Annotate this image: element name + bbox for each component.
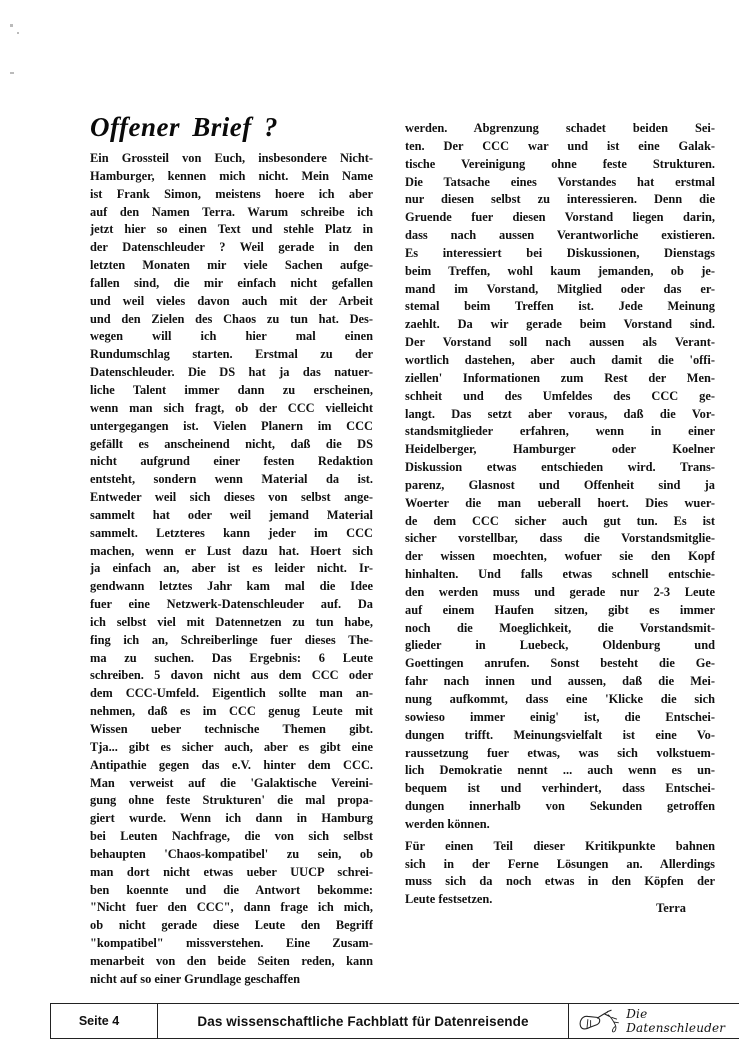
text-line: fing ich an, Schreiberlinge fuer dieses … [90, 632, 373, 650]
article-paragraph: Für einen Teil dieser Kritikpunkte bahne… [405, 838, 715, 909]
text-line: "kompatibel" missverstehen. Eine Zusam- [90, 935, 373, 953]
text-line: untergegangen ist. Vielen Planern im CCC [90, 418, 373, 436]
text-line: machen, wenn er Lust dazu hat. Hoert sic… [90, 543, 373, 561]
text-line: glieder in Luebeck, Oldenburg und [405, 637, 715, 655]
text-line: werden können. [405, 816, 715, 834]
article-paragraph: Ein Grossteil von Euch, insbesondere Nic… [90, 150, 373, 989]
text-line: jetzt hier so einen Text und stehle Plat… [90, 221, 373, 239]
text-line: werden. Abgrenzung schadet beiden Sei- [405, 120, 715, 138]
text-line: bei Leuten Nachfrage, die von sich selbs… [90, 828, 373, 846]
text-line: der Datenschleuder ? Weil gerade in den [90, 239, 373, 257]
scan-speck [10, 24, 13, 27]
text-line: Heidelberger, Hamburger oder Koelner [405, 441, 715, 459]
text-line: und weil vieles davon auch mit der Arbei… [90, 293, 373, 311]
text-line: wegen will ich hier mal einen [90, 328, 373, 346]
text-line: standsmitglieder erfahren, wenn in einer [405, 423, 715, 441]
text-line: behaupten 'Chaos-kompatibel' zu sein, ob [90, 846, 373, 864]
text-line: Ein Grossteil von Euch, insbesondere Nic… [90, 150, 373, 168]
text-line: man dort nicht etwas ueber UUCP schrei- [90, 864, 373, 882]
text-line: ist Frank Simon, meistens hoere ich aber [90, 186, 373, 204]
text-line: Wissen ueber technische Themen gibt. [90, 721, 373, 739]
text-line: nur diesen selbst zu interessieren. Denn… [405, 191, 715, 209]
text-line: lich Demokratie nennt ... auch wenn es u… [405, 762, 715, 780]
text-line: der wissen moechten, wofuer sie den Kopf [405, 548, 715, 566]
text-line: parenz, Glasnost und Offenheit sind ja [405, 477, 715, 495]
document-page: Offener Brief ? Ein Grossteil von Euch, … [0, 0, 739, 1055]
text-line: langt. Das setzt aber voraus, daß die Vo… [405, 406, 715, 424]
text-line: menarbeit von den beide Seiten reden, ka… [90, 953, 373, 971]
text-line: Goettingen anrufen. Sonst besteht die Ge… [405, 655, 715, 673]
logo-wordmark: Die Datenschleuder [626, 1007, 739, 1035]
text-line: hinhalten. Und falls etwas schnell entsc… [405, 566, 715, 584]
text-line: schreiben. 5 davon nicht aus dem CCC ode… [90, 667, 373, 685]
text-line: ob nicht gerade diese Leute den Begriff [90, 917, 373, 935]
page-footer: Seite 4 Das wissenschaftliche Fachblatt … [50, 1003, 739, 1039]
text-line: sicher vorstellbar, dass die Vorstandsmi… [405, 530, 715, 548]
text-line: beim Treffen, wohl kaum jemanden, ob je- [405, 263, 715, 281]
text-line: fallen sind, die mir einfach nicht gefal… [90, 275, 373, 293]
text-line: ten. Der CCC war und ist eine Galak- [405, 138, 715, 156]
text-line: fahr nach innen und aussen, daß die Mei- [405, 673, 715, 691]
text-line: Die Tatsache eines Vorstandes hat erstma… [405, 174, 715, 192]
text-line: Entweder weil sich dieses von selbst ang… [90, 489, 373, 507]
text-line: "Nicht fuer den CCC", dann frage ich mic… [90, 899, 373, 917]
text-line: nicht auf so einer Grundlage geschaffen [90, 971, 373, 989]
text-line: dass nach aussen Verantworliche existier… [405, 227, 715, 245]
text-line: Rundumschlag starten. Erstmal zu der [90, 346, 373, 364]
text-line: noch die Moeglichkeit, die Vorstandsmit- [405, 620, 715, 638]
text-line: letzten Monaten mir viele Sachen aufge- [90, 257, 373, 275]
text-line: gendwann letztes Jahr kam mal die Idee [90, 578, 373, 596]
text-line: fuer eine Netzwerk-Datenschleuder auf. D… [90, 596, 373, 614]
text-line: entsteht, sondern wenn Material da ist. [90, 471, 373, 489]
text-line: raussetzung fuer etwas, was sich volkstu… [405, 745, 715, 763]
text-line: wortlich dastehen, aber auch damit die '… [405, 352, 715, 370]
text-line: nehmen, daß es im CCC genug Leute mit [90, 703, 373, 721]
text-line: nung aufkommt, dass eine 'Klicke die sic… [405, 691, 715, 709]
text-line: und den Zielen des Chaos zu tun hat. Des… [90, 311, 373, 329]
text-line: Tja... gibt es sicher auch, aber es gibt… [90, 739, 373, 757]
text-line: giert wurde. Wenn ich dann in Hamburg [90, 810, 373, 828]
publication-logo: Die Datenschleuder [569, 1004, 739, 1038]
text-line: auf einem Haufen sitzen, gibt es immer [405, 602, 715, 620]
text-line: dungen trifft. Meinungsvielfalt ist eine… [405, 727, 715, 745]
text-line: zaehlt. Da wir gerade beim Vorstand sind… [405, 316, 715, 334]
text-line: mand im Vorstand, Mitglied oder das er- [405, 281, 715, 299]
text-line: sammelt. Letzteres kann jeder im CCC [90, 525, 373, 543]
text-line: liche Talent immer dann zu erscheinen, [90, 382, 373, 400]
page-number: Seite 4 [51, 1004, 158, 1038]
scan-speck [17, 32, 19, 34]
text-line: dem CCC-Umfeld. Eigentlich sollte man an… [90, 685, 373, 703]
text-line: ich selbst viel mit Datennetzen zu tun h… [90, 614, 373, 632]
text-line: ziellen' Informationen zum Rest der Men- [405, 370, 715, 388]
text-line: Es interessiert bei Diskussionen, Dienst… [405, 245, 715, 263]
footer-tagline: Das wissenschaftliche Fachblatt für Date… [158, 1004, 569, 1038]
article-column-right: werden. Abgrenzung schadet beiden Sei-te… [405, 120, 715, 909]
article-column-left: Ein Grossteil von Euch, insbesondere Nic… [90, 150, 373, 989]
text-line: Für einen Teil dieser Kritikpunkte bahne… [405, 838, 715, 856]
text-line: Der Vorstand soll nach aussen als Verant… [405, 334, 715, 352]
article-paragraph: werden. Abgrenzung schadet beiden Sei-te… [405, 120, 715, 834]
text-line: nicht aufgrund einer festen Redaktion [90, 453, 373, 471]
scan-speck [10, 72, 14, 74]
text-line: stemal beim Treffen ist. Jede Meinung [405, 298, 715, 316]
scan-artifacts [8, 24, 28, 84]
text-line: muss sich da noch etwas in den Köpfen de… [405, 873, 715, 891]
text-line: sammelt hat oder weil jemand Material [90, 507, 373, 525]
text-line: Datenschleuder. Die DS hat ja das natuer… [90, 364, 373, 382]
text-line: wenn man sich fragt, ob der CCC vielleic… [90, 400, 373, 418]
text-line: gung ohne feste Strukturen' die mal prop… [90, 792, 373, 810]
author-signature: Terra [405, 901, 686, 916]
text-line: ma zu suchen. Das Ergebnis: 6 Leute [90, 650, 373, 668]
text-line: ben koennte und die Antwort bekomme: [90, 882, 373, 900]
text-line: Hamburger, kennen mich nicht. Mein Name [90, 168, 373, 186]
text-line: de dem CCC sicher auch gut tun. Es ist [405, 513, 715, 531]
text-line: bequem ist und verhindert, dass Entschei… [405, 780, 715, 798]
text-line: Woerter die man ueberall hoert. Dies wue… [405, 495, 715, 513]
text-line: Diskussion etwas entschieden wird. Trans… [405, 459, 715, 477]
text-line: schheit und des Umfeldes des CCC ge- [405, 388, 715, 406]
text-line: gefällt es anscheinend nicht, daß die DS [90, 436, 373, 454]
text-line: sich in der Ferne Lösungen an. Allerding… [405, 856, 715, 874]
hand-plug-icon [577, 1007, 624, 1035]
article-title: Offener Brief ? [90, 112, 278, 143]
text-line: dungen innerhalb von Sekunden getroffen [405, 798, 715, 816]
text-line: tische Vereinigung ohne feste Strukturen… [405, 156, 715, 174]
text-line: sowieso immer einig' ist, die Entschei- [405, 709, 715, 727]
text-line: den werden muss und gerade nur 2-3 Leute [405, 584, 715, 602]
text-line: ja einfach an, aber ist es leider nicht.… [90, 560, 373, 578]
text-line: Man verweist auf die 'Galaktische Verein… [90, 775, 373, 793]
text-line: Antipathie gegen das e.V. hinter dem CCC… [90, 757, 373, 775]
text-line: Gruende fuer diesen Vorstand liegen dari… [405, 209, 715, 227]
text-line: auf den Namen Terra. Warum schreibe ich [90, 204, 373, 222]
